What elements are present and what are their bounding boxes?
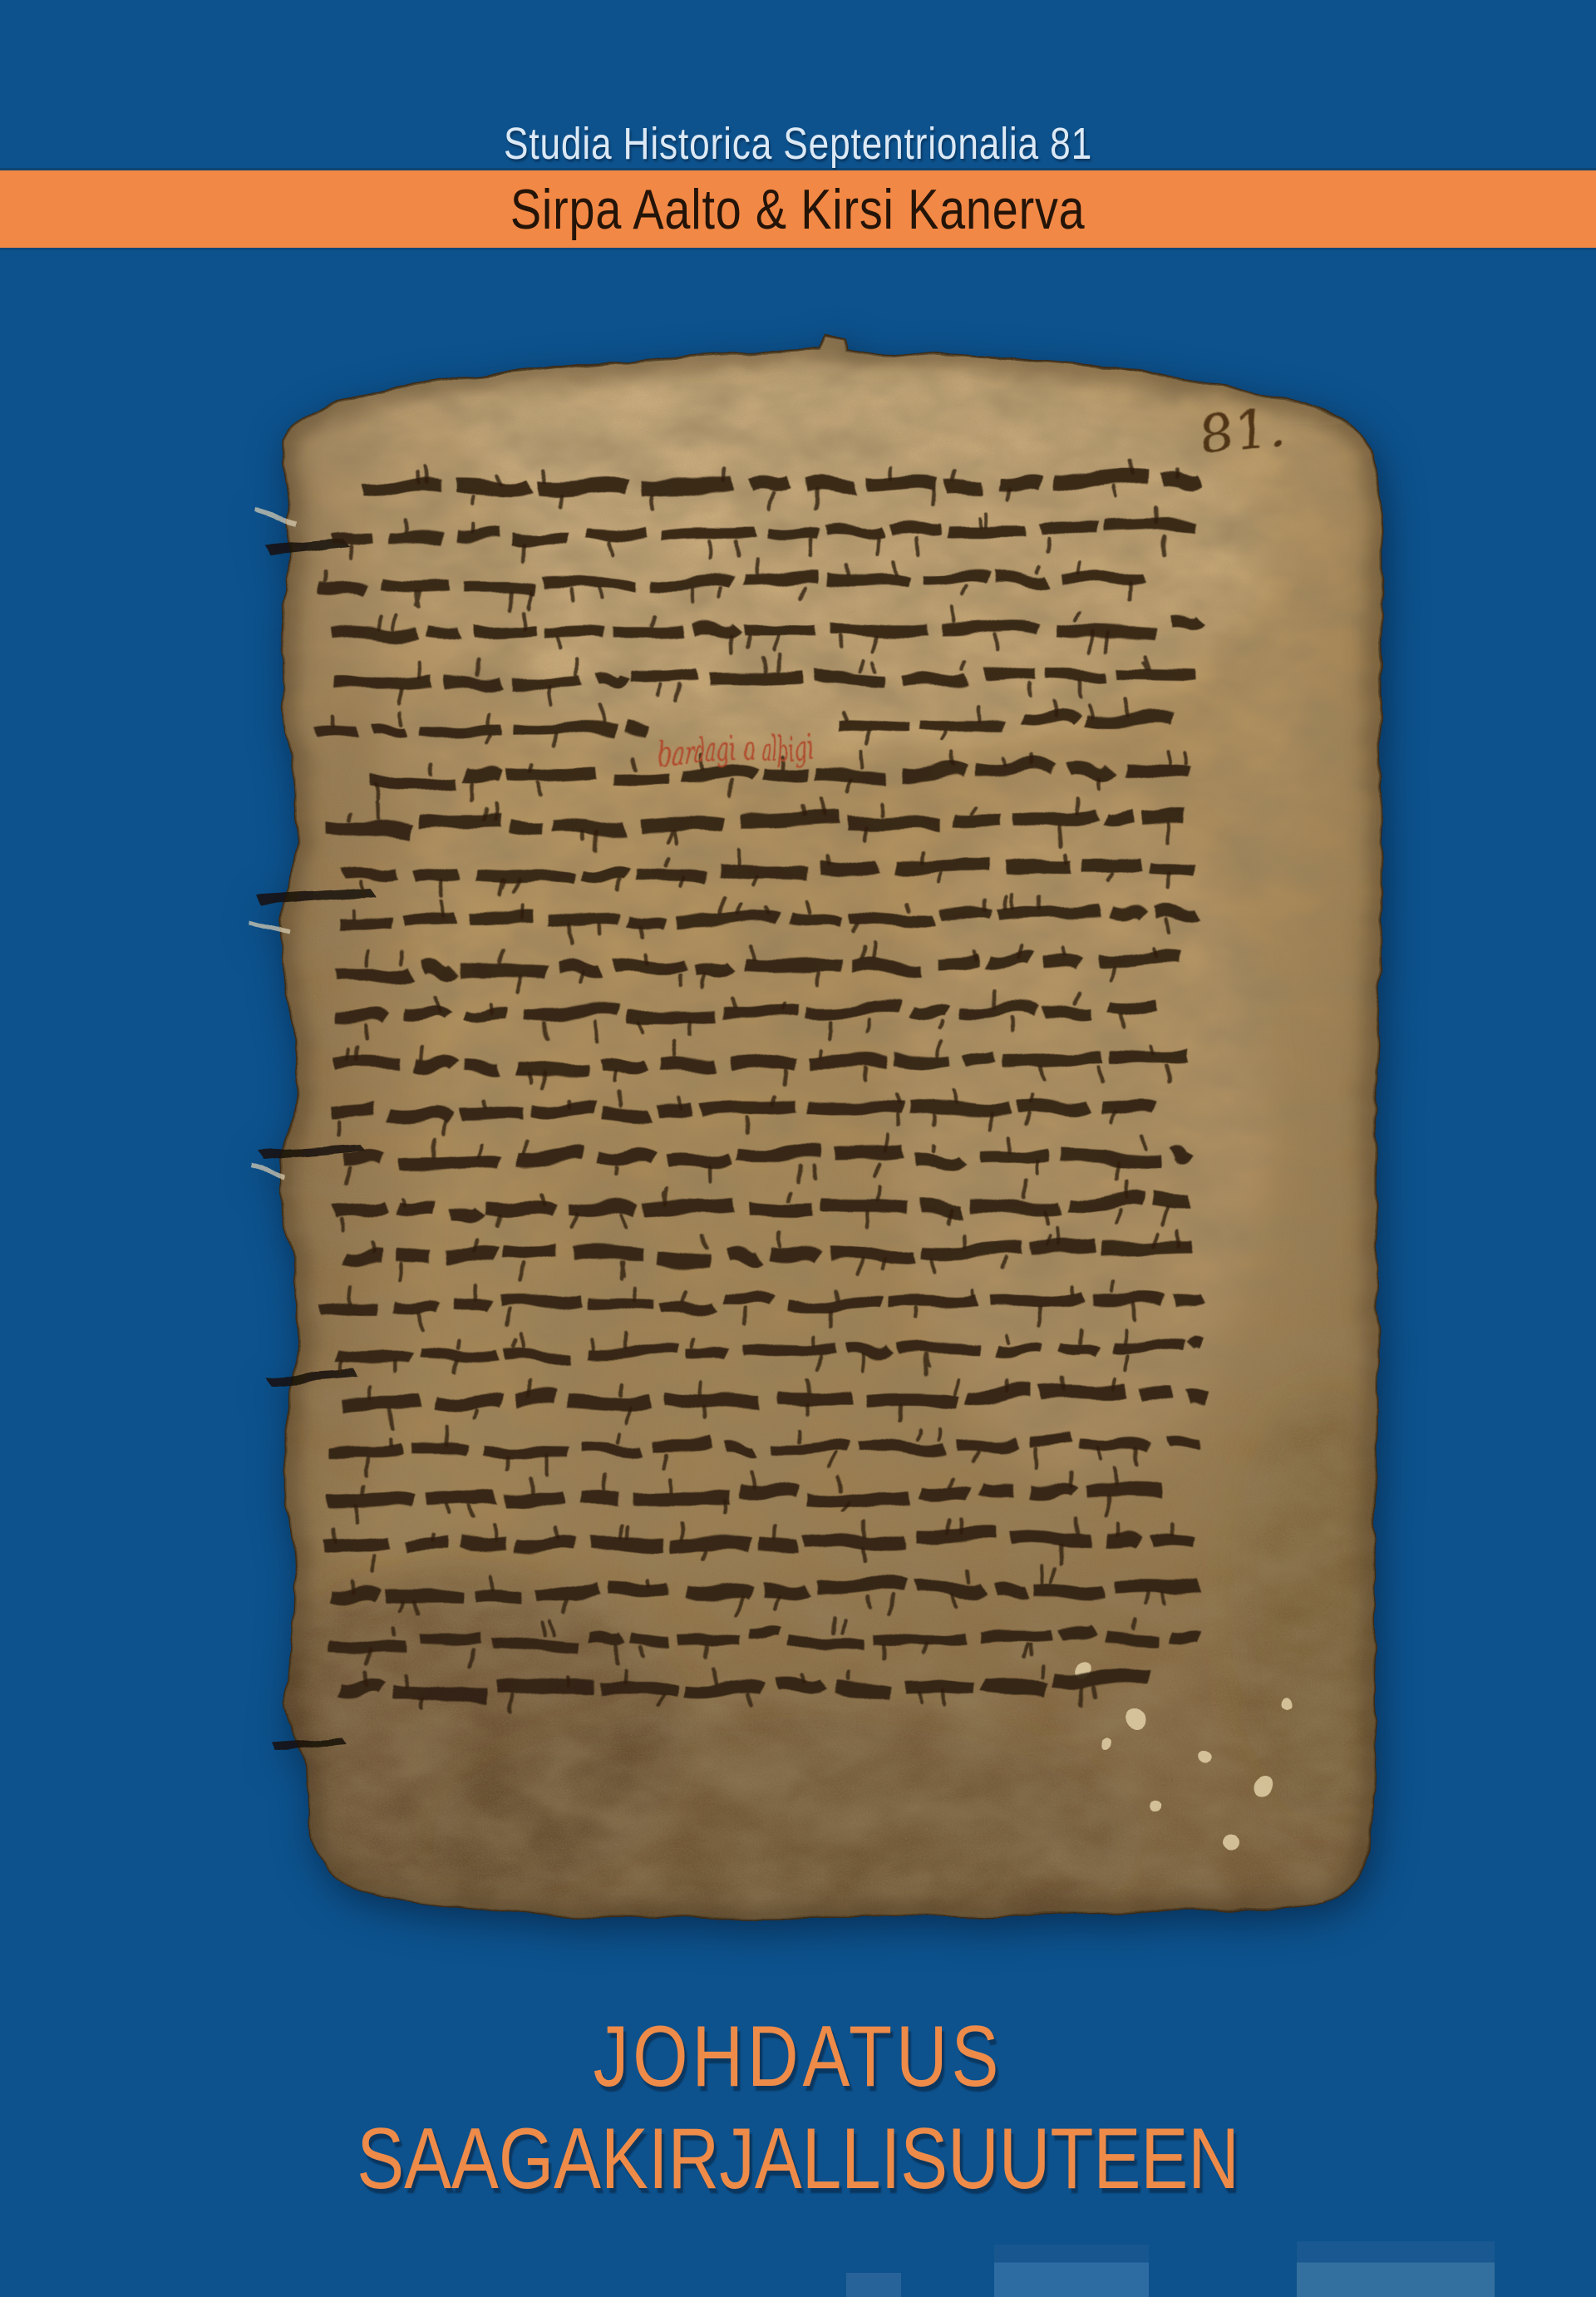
video-artifact-rect-3 (1297, 2241, 1495, 2297)
folio-number: 81. (1196, 395, 1291, 469)
rubric-text: bardagi a alþigi (658, 728, 813, 771)
video-artifact-rect-1 (846, 2273, 901, 2297)
manuscript-photo: bardagi a alþigi 81. (249, 341, 1406, 1927)
book-cover: Studia Historica Septentrionalia 81 Sirp… (0, 0, 1596, 2297)
main-title-line2: SAAGAKIRJALLISUUTEEN (144, 2116, 1452, 2202)
video-artifact-rect-2 (994, 2245, 1149, 2297)
authors-text: Sirpa Aalto & Kirsi Kanerva (510, 181, 1086, 238)
main-title-line1: JOHDATUS (144, 2014, 1452, 2100)
series-title: Studia Historica Septentrionalia 81 (144, 121, 1452, 166)
parchment-page: bardagi a alþigi 81. (233, 339, 1413, 1970)
author-band: Sirpa Aalto & Kirsi Kanerva (0, 170, 1596, 248)
manuscript-svg: bardagi a alþigi 81. (249, 341, 1406, 1927)
